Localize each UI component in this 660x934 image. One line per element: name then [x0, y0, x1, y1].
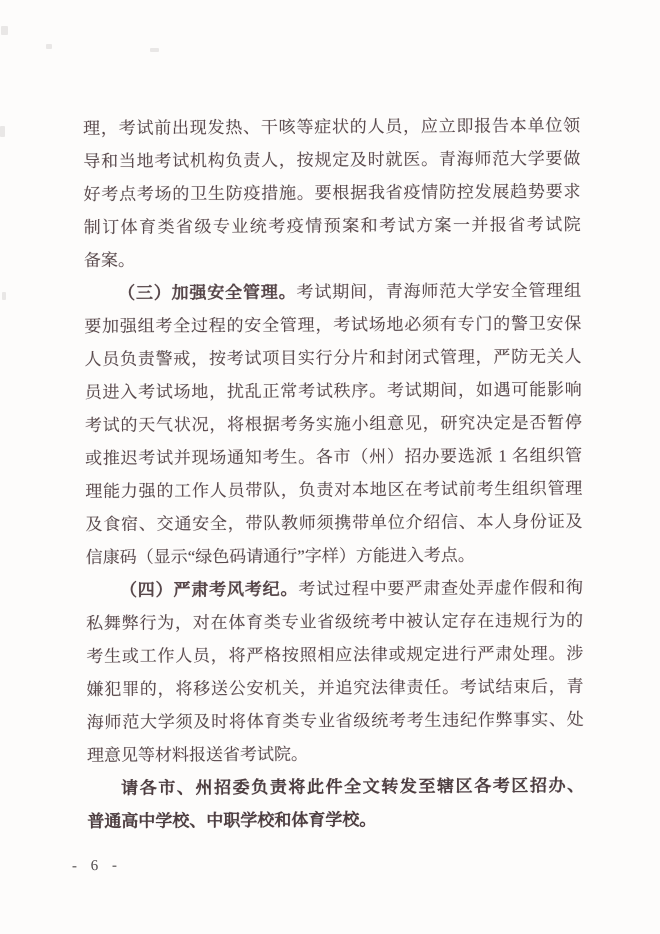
scan-noise-speck [1, 26, 8, 35]
document-section-heading-line: （三）加强安全管理。考试期间，青海师范大学安全管理组 [84, 274, 581, 310]
document-line: 导和当地考试机构负责人，按规定及时就医。青海师范大学要做 [83, 142, 580, 178]
document-line: 及食宿、交通安全，带队教师须携带单位介绍信、本人身份证及 [85, 505, 582, 541]
document-line: 制订体育类省级专业统考疫情预案和考试方案一并报省考试院 [84, 208, 581, 244]
scan-noise-speck [2, 292, 6, 300]
document-line: 要加强组考全过程的安全管理，考试场地必须有专门的警卫安保 [84, 307, 581, 343]
document-line: 人员负责警戒，按考试项目实行分片和封闭式管理，严防无关人 [84, 340, 581, 376]
page-number: - 6 - [72, 858, 122, 876]
section-heading-text: （三）加强安全管理。 [118, 283, 297, 303]
document-line: 理能力强的工作人员带队，负责对本地区在考试前考生组织管理 [85, 472, 582, 508]
document-line: 理意见等材料报送省考试院。 [87, 736, 584, 772]
document-line-text: 考试过程中要严肃查处弄虚作假和徇 [298, 578, 583, 599]
document-line: 好考点考场的卫生防疫措施。要根据我省疫情防控发展趋势要求 [83, 175, 580, 211]
document-line: 理，考试前出现发热、干咳等症状的人员，应立即报告本单位领 [83, 109, 580, 145]
document-line: 考生或工作人员，将严格按照相应法律或规定进行严肃处理。涉 [86, 637, 583, 673]
section-heading-text: （四）严肃考风考纪。 [120, 580, 299, 600]
document-emphasis-line: 普通高中学校、中职学校和体育学校。 [87, 802, 584, 838]
document-line: 嫌犯罪的，将移送公安机关，并追究法律责任。考试结束后，青 [86, 670, 583, 706]
scan-noise-speck [46, 44, 52, 49]
document-line: 员进入考试场地，扰乱正常考试秩序。考试期间，如遇可能影响 [85, 373, 582, 409]
document-line: 考试的天气状况，将根据考务实施小组意见，研究决定是否暂停 [85, 406, 582, 442]
document-text-block: 理，考试前出现发热、干咳等症状的人员，应立即报告本单位领 导和当地考试机构负责人… [83, 109, 584, 838]
document-emphasis-line: 请各市、州招委负责将此件全文转发至辖区各考区招办、 [87, 769, 584, 805]
document-page: 理，考试前出现发热、干咳等症状的人员，应立即报告本单位领 导和当地考试机构负责人… [0, 0, 660, 934]
scan-noise-speck [0, 126, 5, 137]
document-line-text: 考试期间，青海师范大学安全管理组 [296, 281, 581, 302]
document-line: 信康码（显示“绿色码请通行”字样）方能进入考点。 [86, 538, 583, 574]
document-section-heading-line: （四）严肃考风考纪。考试过程中要严肃查处弄虚作假和徇 [86, 571, 583, 607]
scan-noise-speck [150, 48, 159, 52]
document-line: 海师范大学须及时将体育类专业省级统考考生违纪作弊事实、处 [87, 703, 584, 739]
document-line: 备案。 [84, 241, 581, 277]
document-line: 或推迟考试并现场通知考生。各市（州）招办要选派 1 名组织管 [85, 439, 582, 475]
document-line: 私舞弊行为，对在体育类专业省级统考中被认定存在违规行为的 [86, 604, 583, 640]
